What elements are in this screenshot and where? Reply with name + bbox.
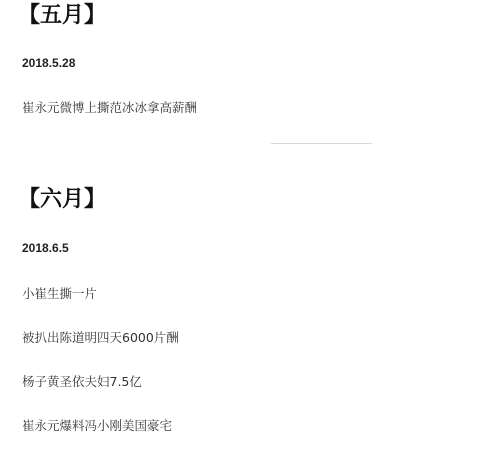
list-item: 被扒出陈道明四天6000片酬 <box>22 330 179 346</box>
list-item: 小崔生撕一片 <box>22 286 97 302</box>
section-divider <box>271 143 372 144</box>
list-item: 崔永元爆料冯小刚美国豪宅 <box>22 418 172 434</box>
list-item: 杨子黄圣依夫妇7.5亿 <box>22 374 142 390</box>
list-item: 崔永元微博上撕范冰冰拿高薪酬 <box>22 100 197 116</box>
month-heading: 【五月】 <box>18 2 106 30</box>
date-label: 2018.6.5 <box>22 240 69 256</box>
month-heading: 【六月】 <box>18 186 106 214</box>
date-label: 2018.5.28 <box>22 55 75 71</box>
